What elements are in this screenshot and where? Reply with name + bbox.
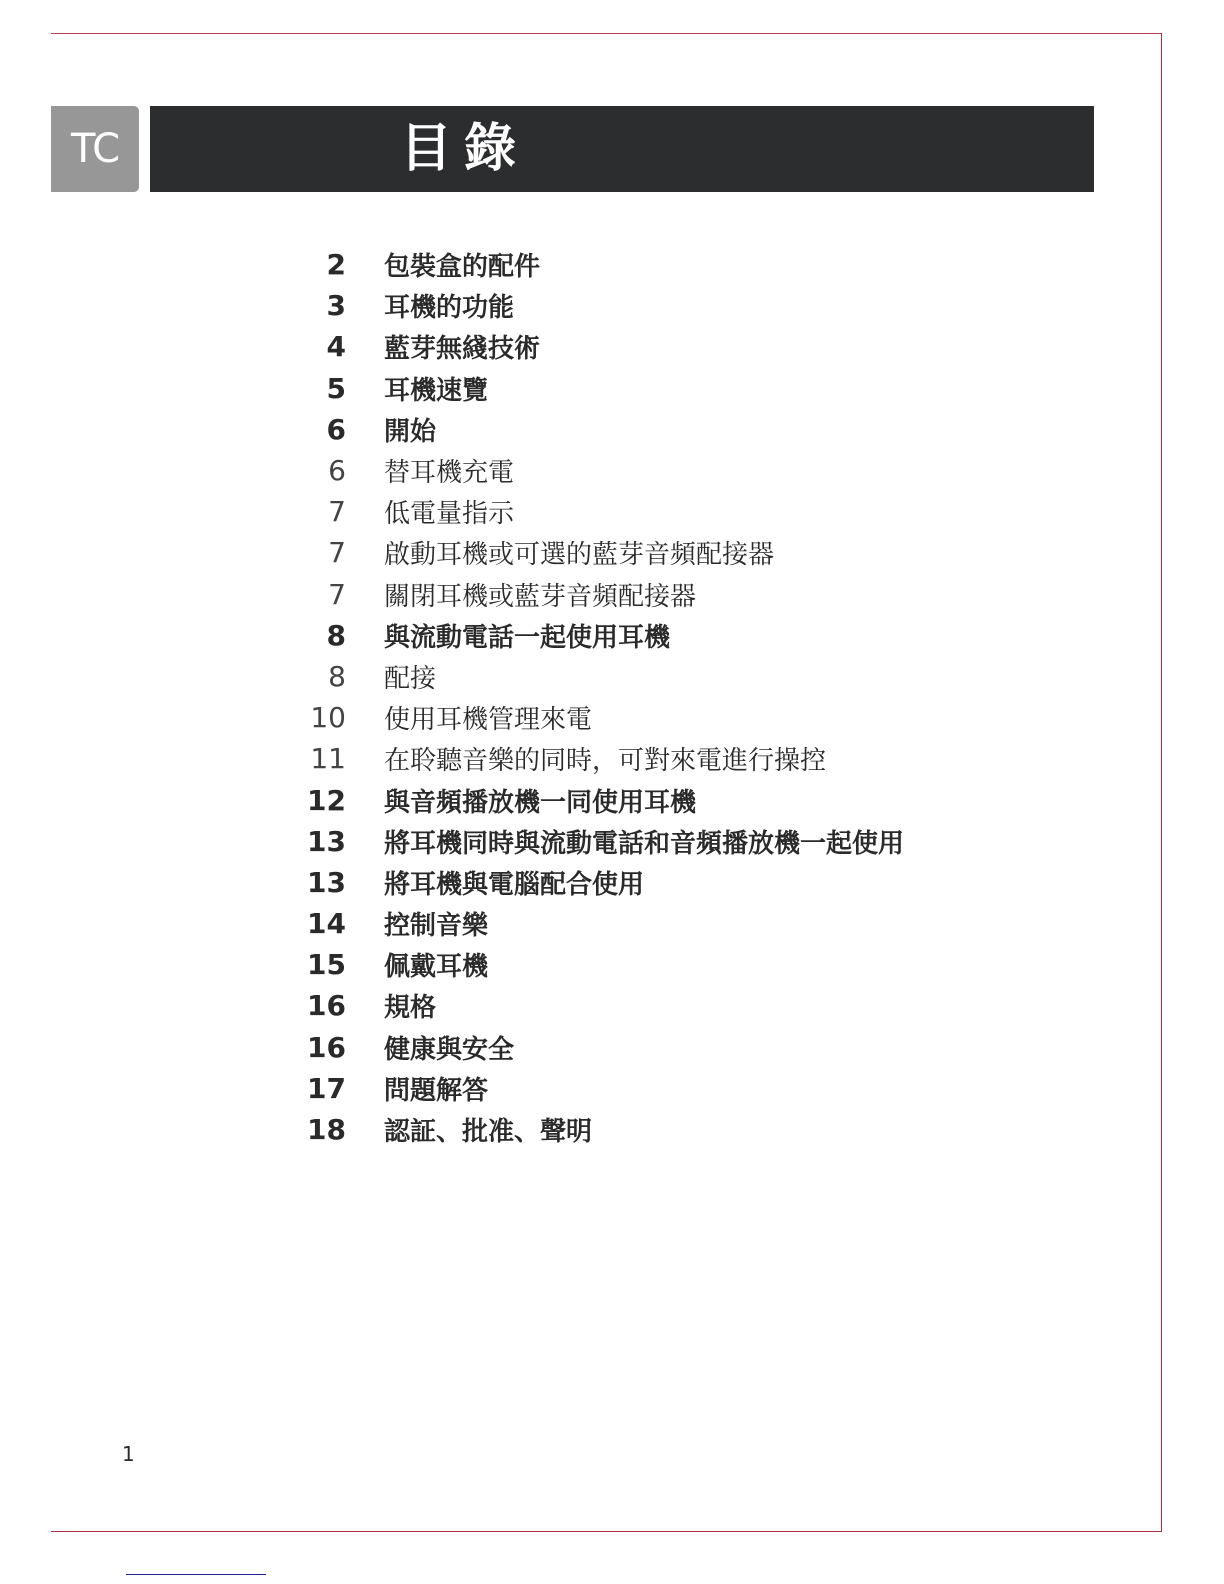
toc-entry[interactable]: 12與音頻播放機一同使用耳機	[300, 779, 1000, 820]
toc-entry-label: 包裝盒的配件	[384, 246, 540, 283]
toc-page-number: 4	[300, 330, 384, 363]
toc-entry[interactable]: 17問題解答	[300, 1068, 1000, 1109]
toc-entry[interactable]: 13將耳機同時與流動電話和音頻播放機一起使用	[300, 821, 1000, 862]
toc-entry-label: 配接	[384, 658, 436, 695]
toc-entry-label: 啟動耳機或可選的藍芽音頻配接器	[384, 534, 774, 571]
toc-page-number: 13	[300, 825, 384, 858]
toc-entry-label: 在聆聽音樂的同時，可對來電進行操控	[384, 740, 826, 777]
toc-entry[interactable]: 6開始	[300, 409, 1000, 450]
toc-entry[interactable]: 8配接	[300, 656, 1000, 697]
toc-entry[interactable]: 11在聆聽音樂的同時，可對來電進行操控	[300, 738, 1000, 779]
toc-page-number: 16	[300, 1031, 384, 1064]
page-frame-top-rule	[51, 33, 1162, 34]
language-badge: TC	[51, 106, 139, 192]
toc-entry-label: 開始	[384, 411, 436, 448]
toc-page-number: 18	[300, 1113, 384, 1146]
toc-entry[interactable]: 16健康與安全	[300, 1027, 1000, 1068]
toc-page-number: 7	[300, 536, 384, 569]
toc-entry-label: 規格	[384, 987, 436, 1024]
toc-page-number: 10	[300, 701, 384, 734]
toc-entry[interactable]: 7關閉耳機或藍芽音頻配接器	[300, 574, 1000, 615]
page-frame-bottom-rule	[51, 1531, 1162, 1532]
toc-page-number: 11	[300, 742, 384, 775]
toc-entry-label: 與流動電話一起使用耳機	[384, 617, 670, 654]
toc-entry[interactable]: 15佩戴耳機	[300, 944, 1000, 985]
toc-page-number: 7	[300, 495, 384, 528]
toc-page-number: 3	[300, 289, 384, 322]
toc-page-number: 6	[300, 454, 384, 487]
page-frame-right-rule	[1161, 33, 1162, 1532]
title-bar: 目錄	[150, 106, 1094, 192]
toc-entry-label: 耳機速覽	[384, 370, 488, 407]
toc-entry[interactable]: 10使用耳機管理來電	[300, 697, 1000, 738]
toc-page-number: 5	[300, 372, 384, 405]
toc-page-number: 12	[300, 784, 384, 817]
toc-entry[interactable]: 14控制音樂	[300, 903, 1000, 944]
toc-entry-label: 問題解答	[384, 1070, 488, 1107]
toc-entry[interactable]: 8與流動電話一起使用耳機	[300, 615, 1000, 656]
toc-entry-label: 藍芽無綫技術	[384, 328, 540, 365]
toc-entry[interactable]: 7低電量指示	[300, 491, 1000, 532]
toc-entry[interactable]: 18認証、批准、聲明	[300, 1109, 1000, 1150]
toc-page-number: 17	[300, 1072, 384, 1105]
toc-page-number: 13	[300, 866, 384, 899]
toc-entry[interactable]: 2包裝盒的配件	[300, 244, 1000, 285]
toc-entry[interactable]: 4藍芽無綫技術	[300, 326, 1000, 367]
toc-page-number: 8	[300, 619, 384, 652]
toc-entry-label: 替耳機充電	[384, 452, 514, 489]
toc-page-number: 7	[300, 578, 384, 611]
toc-entry[interactable]: 5耳機速覽	[300, 368, 1000, 409]
toc-page-number: 15	[300, 948, 384, 981]
toc-page-number: 6	[300, 413, 384, 446]
toc-page-number: 16	[300, 989, 384, 1022]
toc-entry-label: 使用耳機管理來電	[384, 699, 592, 736]
toc-entry-label: 佩戴耳機	[384, 946, 488, 983]
toc-entry[interactable]: 16規格	[300, 985, 1000, 1026]
toc-entry[interactable]: 6替耳機充電	[300, 450, 1000, 491]
page-number: 1	[122, 1442, 135, 1466]
toc-page-number: 14	[300, 907, 384, 940]
toc-entry[interactable]: 13將耳機與電腦配合使用	[300, 862, 1000, 903]
footer-link-underline[interactable]	[126, 1574, 266, 1575]
toc-entry-label: 健康與安全	[384, 1029, 514, 1066]
toc-entry[interactable]: 3耳機的功能	[300, 285, 1000, 326]
toc-entry-label: 關閉耳機或藍芽音頻配接器	[384, 576, 696, 613]
toc-entry-label: 低電量指示	[384, 493, 514, 530]
toc-entry-label: 將耳機與電腦配合使用	[384, 864, 644, 901]
toc-entry-label: 控制音樂	[384, 905, 488, 942]
toc-entry[interactable]: 7啟動耳機或可選的藍芽音頻配接器	[300, 532, 1000, 573]
toc-entry-label: 將耳機同時與流動電話和音頻播放機一起使用	[384, 823, 904, 860]
table-of-contents: 2包裝盒的配件 3耳機的功能 4藍芽無綫技術 5耳機速覽 6開始 6替耳機充電 …	[300, 244, 1000, 1150]
toc-entry-label: 與音頻播放機一同使用耳機	[384, 782, 696, 819]
toc-page-number: 2	[300, 248, 384, 281]
toc-entry-label: 認証、批准、聲明	[384, 1111, 592, 1148]
toc-entry-label: 耳機的功能	[384, 287, 514, 324]
toc-page-number: 8	[300, 660, 384, 693]
page-title: 目錄	[400, 106, 528, 192]
